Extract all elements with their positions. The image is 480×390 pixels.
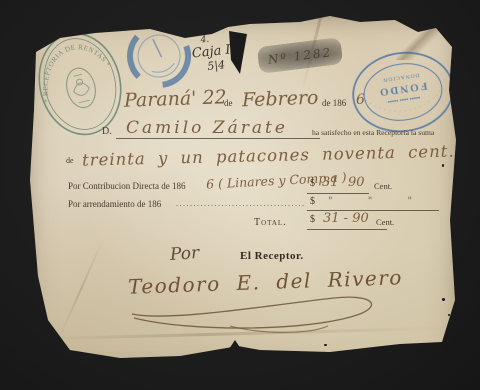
paper-speck <box>442 164 444 167</box>
amount-de-label: de <box>66 156 74 165</box>
contribucion-dollar: $ <box>310 178 315 189</box>
amount-words: treinta y un patacones noventa cent.s <box>82 141 464 169</box>
total-value: 31 - 90 <box>323 211 369 226</box>
signature-flourish <box>120 288 390 338</box>
payer-d-label: D. <box>102 126 112 137</box>
payer-printed-text: ha satisfecho en esta Receptoría la suma <box>312 128 434 137</box>
contribucion-value-pesos: 31 <box>322 175 339 190</box>
date-de1: de <box>224 98 233 108</box>
paper-speck <box>448 314 450 316</box>
stamp-number-text: Nº 1282 <box>267 45 333 67</box>
arrendamiento-ditto: " " " <box>328 196 428 207</box>
receptor-por: Por <box>169 243 199 265</box>
contribucion-value-cents: 90 <box>348 175 365 190</box>
date-year-digit: 6 <box>356 92 365 108</box>
total-dollar: $ <box>310 214 315 225</box>
arrendamiento-dots: ........................................… <box>176 199 304 208</box>
date-city: Paraná' 22 <box>124 86 227 112</box>
document-paper: * RECEPTORIA DE RENTAS * 4. Caja IV 5|4 … <box>24 14 460 376</box>
total-line: Total. $ 31 - 90 Cent. <box>24 212 460 238</box>
annotation-fraction: 5|4 <box>207 56 242 72</box>
paper-speck <box>442 298 445 301</box>
arrendamiento-dollar: $ <box>310 196 315 207</box>
total-rule <box>307 229 387 230</box>
payer-name: Camilo Zárate <box>116 118 320 139</box>
photo-background: { "canvas": { "bg": "#1c1c1c", "paper": … <box>0 0 480 390</box>
arrendamiento-label: Por arrendamiento de 186 <box>68 199 161 209</box>
amount-words-line: de treinta y un patacones noventa cent.s <box>24 146 460 172</box>
contribucion-cent-label: Cent. <box>374 181 392 191</box>
date-de2: de 186 <box>322 98 346 108</box>
paper-speck <box>324 344 327 346</box>
smudged-number-stamp: Nº 1282 <box>257 37 344 74</box>
date-month: Febrero <box>242 87 319 112</box>
signature-block: Teodoro E. del Rivero <box>24 270 460 340</box>
date-line: Paraná' 22 de Febrero de 186 6 <box>24 88 460 114</box>
total-label: Total. <box>254 217 287 228</box>
archival-annotation: 4. Caja IV 5|4 <box>190 32 242 75</box>
receptor-label: El Receptor. <box>240 250 304 262</box>
total-cent-label: Cent. <box>376 217 394 227</box>
contribucion-label: Por Contribucion Directa de 186 <box>68 181 185 191</box>
